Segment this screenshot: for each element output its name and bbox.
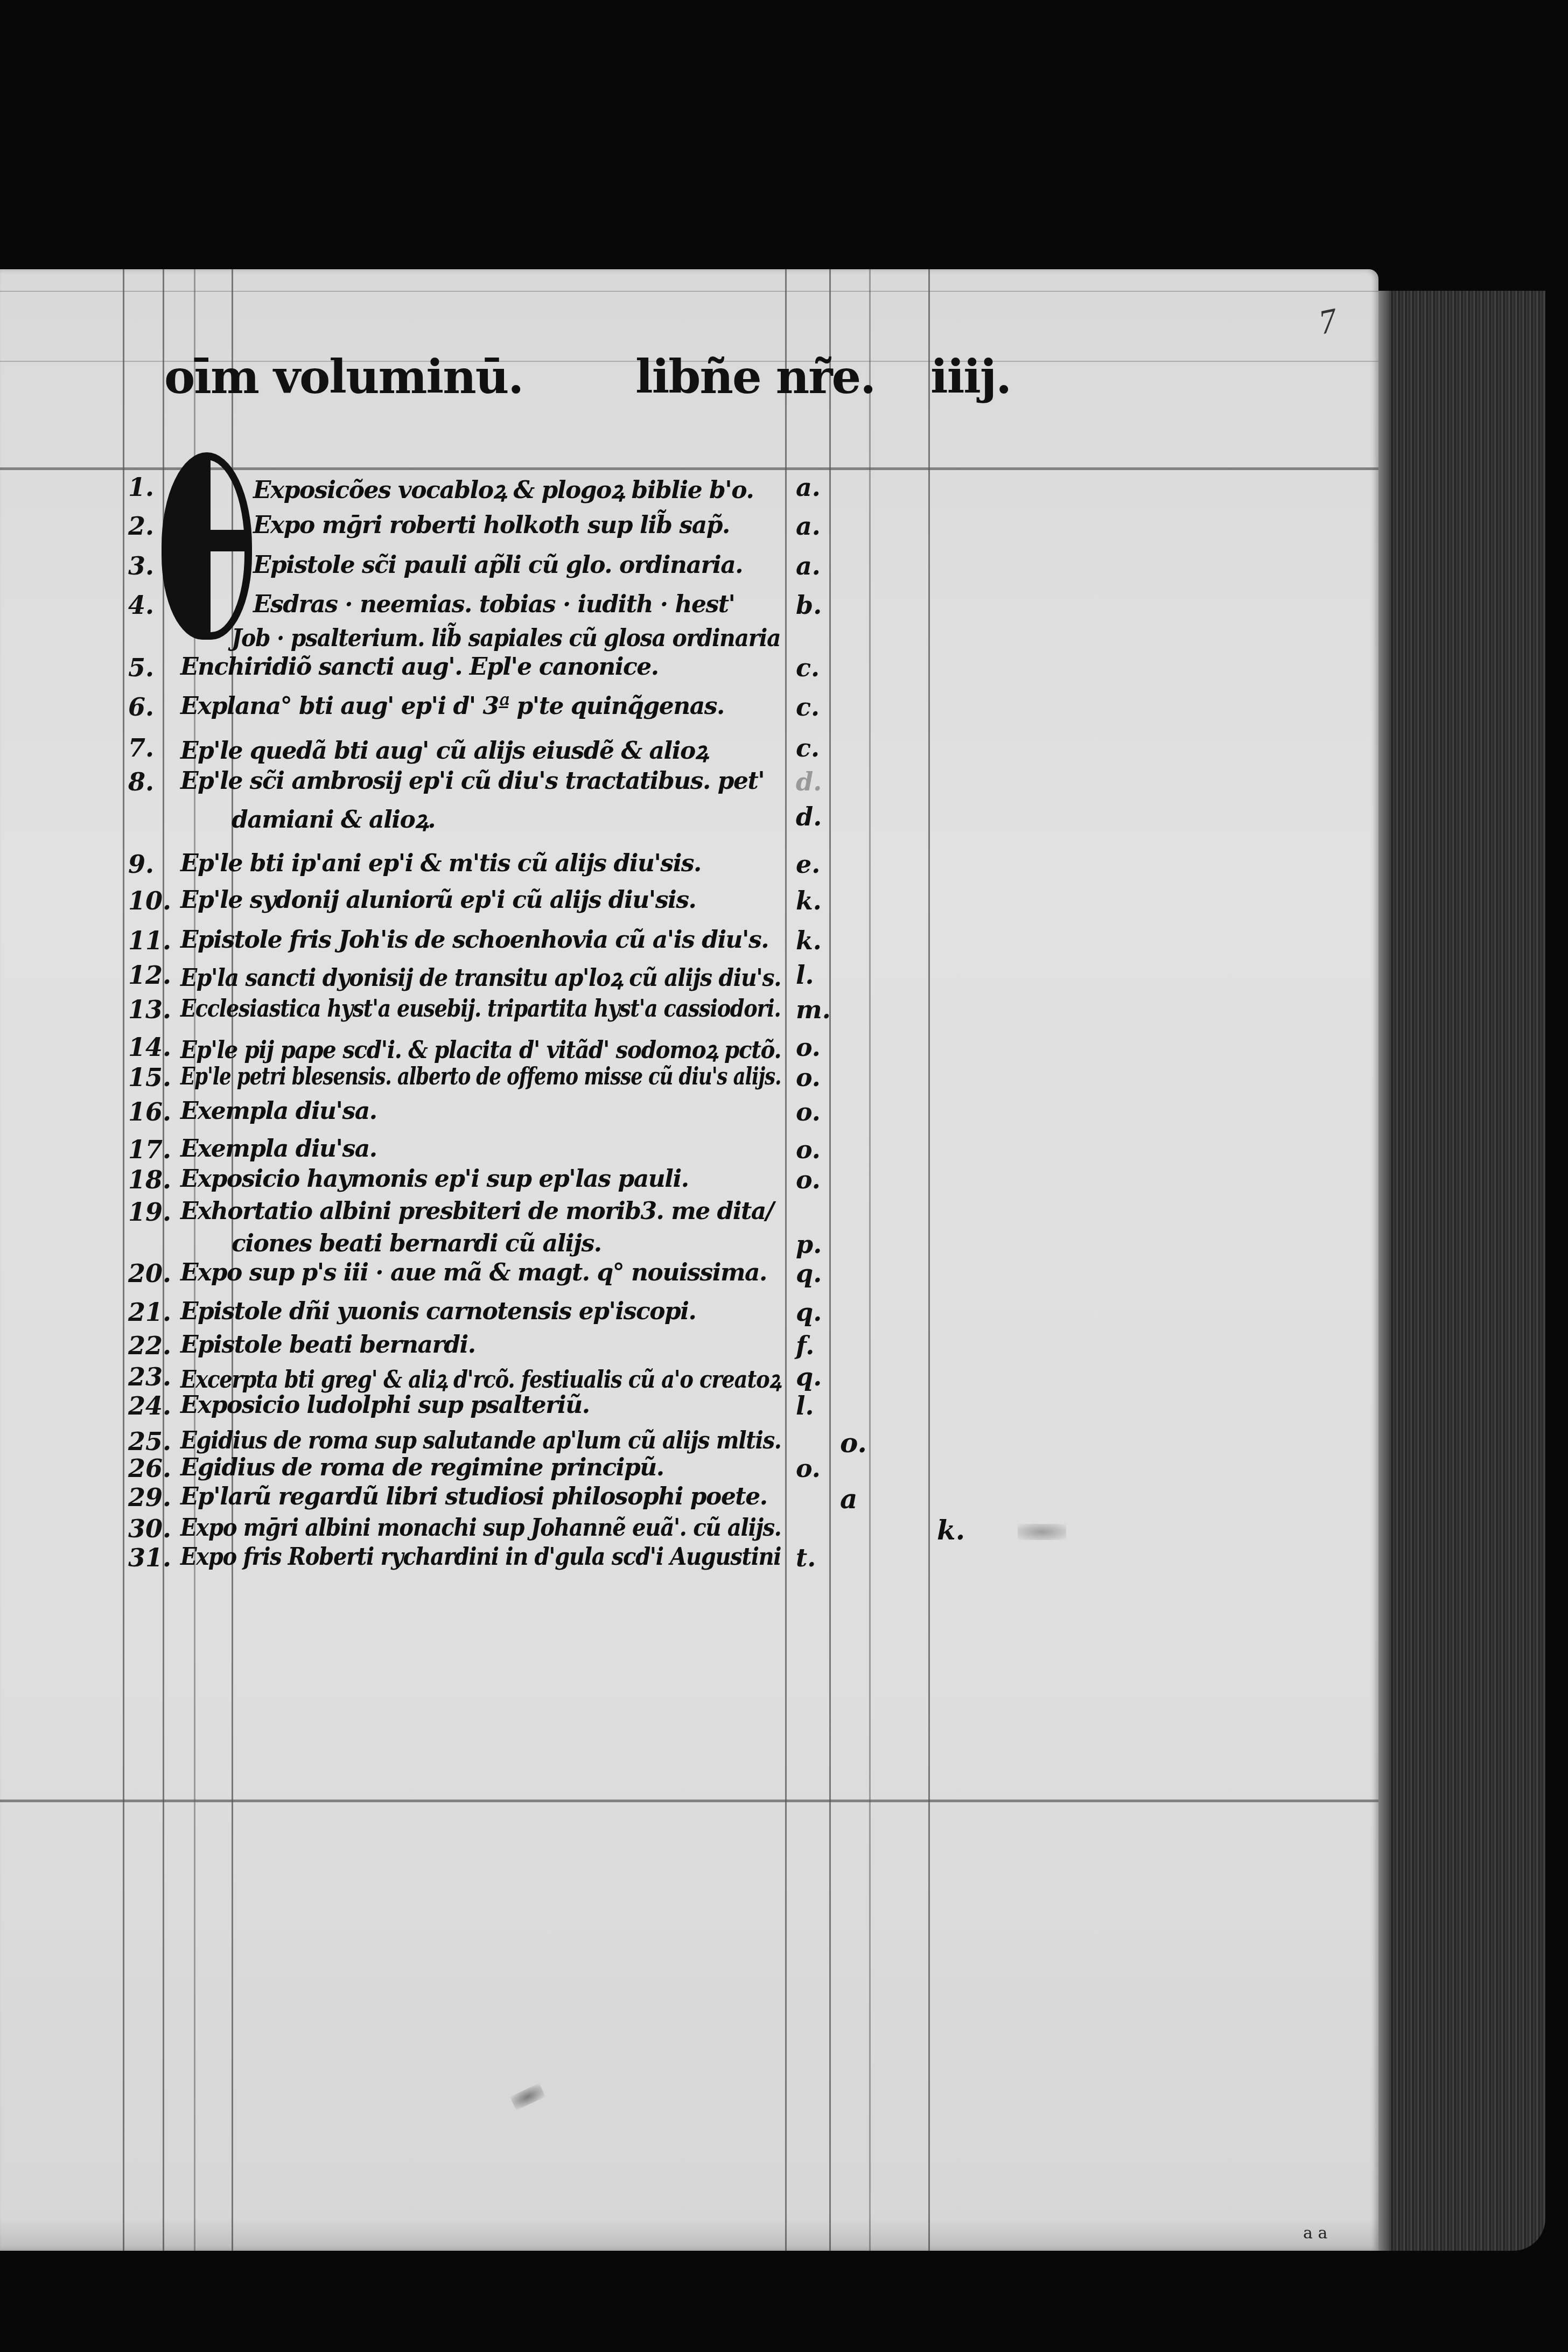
catalogue-entry: 30.Expo mḡri albini monachi sup Johannẽ … (0, 1514, 1378, 1546)
entry-number: 11. (128, 926, 171, 955)
catalogue-entry: 17.Exempla diu'sa.o. (0, 1135, 1378, 1167)
shelfmark: k. (796, 926, 822, 955)
shelfmark: a. (796, 512, 821, 541)
shelfmark: q. (796, 1362, 822, 1391)
entry-text: Job · psalterium. lib̃ sapiales cũ glosa… (232, 625, 780, 652)
shelfmark: t. (796, 1543, 816, 1572)
shelfmark: c. (796, 692, 820, 722)
entry-number: 6. (128, 692, 154, 722)
lower-rule (0, 1800, 1378, 1802)
catalogue-entry: ciones beati bernardi cũ alijs.p. (0, 1230, 1378, 1262)
entry-text: Enchiridiõ sancti aug'. Epl'e canonice. (180, 653, 659, 681)
entry-text: Epistole beati bernardi. (180, 1331, 475, 1359)
entry-text: Epistole dñi yuonis carnotensis ep'iscop… (180, 1298, 696, 1325)
shelfmark: d. (796, 767, 822, 796)
entry-number: 20. (128, 1259, 171, 1288)
bottom-mark: a a (1303, 2224, 1327, 2243)
entry-text: Ep'le bti ip'ani ep'i & m'tis cũ alijs d… (180, 850, 701, 877)
catalogue-entry: 11.Epistole fris Joh'is de schoenhovia c… (0, 926, 1378, 958)
catalogue-entry: 26.Egidius de roma de regimine principũ.… (0, 1454, 1378, 1486)
entry-number: 14. (128, 1033, 171, 1062)
catalogue-entry: 5.Enchiridiõ sancti aug'. Epl'e canonice… (0, 653, 1378, 685)
catalogue-entry: 23.Excerpta bti greg' & aliꝝ d'rcõ. fest… (0, 1362, 1378, 1395)
shelfmark: c. (796, 653, 820, 682)
entry-number: 31. (128, 1543, 171, 1572)
entry-number: 26. (128, 1454, 171, 1483)
entry-text: Expo sup p's iii · aue mã & magt. q° nou… (180, 1259, 767, 1286)
entry-text: Excerpta bti greg' & aliꝝ d'rcõ. festiua… (180, 1362, 781, 1395)
entry-number: 2. (128, 512, 154, 541)
entry-number: 22. (128, 1331, 171, 1360)
entry-text: Expo mḡri albini monachi sup Johannẽ euã… (180, 1514, 781, 1542)
entry-number: 15. (128, 1063, 171, 1092)
entry-number: 12. (128, 961, 171, 990)
entry-number: 17. (128, 1135, 171, 1164)
ink-smudge (1018, 1524, 1066, 1540)
book-fore-edge (1368, 291, 1545, 2251)
entry-text: Expo mḡri roberti holkoth sup lib̃ sap̃. (253, 512, 730, 539)
entry-number: 25. (128, 1427, 171, 1456)
header-left: oīm voluminū. (164, 350, 523, 404)
entry-text: Ecclesiastica hyst'a eusebij. tripartita… (180, 995, 781, 1023)
shelfmark-extra: k. (937, 1514, 965, 1546)
header-center: libñe nr̃e. (635, 350, 875, 404)
shelfmark: k. (796, 886, 822, 915)
entry-text: Exposicio ludolphi sup psalteriũ. (180, 1391, 590, 1419)
catalogue-entry: 22.Epistole beati bernardi.f. (0, 1331, 1378, 1363)
catalogue-entry: 8.Ep'le sc̃i ambrosij ep'i cũ diu's trac… (0, 767, 1378, 800)
catalogue-entry: 16.Exempla diu'sa.o. (0, 1097, 1378, 1130)
entry-text: ciones beati bernardi cũ alijs. (232, 1230, 601, 1257)
entry-text: Ep'larũ regardũ libri studiosi philosoph… (180, 1483, 767, 1510)
entry-text: Exhortatio albini presbiteri de morib3. … (180, 1198, 773, 1225)
entry-text: Explana° bti aug' ep'i d' 3ª p'te quinq̃… (180, 692, 724, 720)
entry-number: 5. (128, 653, 154, 682)
running-header: oīm voluminū. libñe nr̃e. iiij. (0, 350, 1378, 425)
catalogue-entry: 6.Explana° bti aug' ep'i d' 3ª p'te quin… (0, 692, 1378, 725)
shelfmark: e. (796, 850, 820, 879)
entry-text: Exposicio haymonis ep'i sup ep'las pauli… (180, 1165, 688, 1193)
shelfmark: o. (796, 1097, 821, 1126)
shelfmark: o. (796, 1063, 821, 1092)
entry-number: 3. (128, 551, 154, 580)
entry-number: 9. (128, 850, 154, 879)
entry-text: Exposicões vocabloꝝ & plogoꝝ biblie b'o. (253, 473, 753, 505)
entry-number: 16. (128, 1097, 171, 1126)
catalogue-entry: 3.Epistole sc̃i pauli ap̃li cũ glo. ordi… (0, 551, 1378, 584)
entry-text: Ep'la sancti dyonisij de transitu ap'loꝝ… (180, 961, 781, 993)
shelfmark: m. (796, 995, 831, 1024)
entry-text: Esdras · neemias. tobias · iudith · hest… (253, 591, 735, 618)
header-right: iiij. (930, 350, 1011, 404)
catalogue-entry: 1.Exposicões vocabloꝝ & plogoꝝ biblie b'… (0, 473, 1378, 505)
entry-number: 18. (128, 1165, 171, 1194)
catalogue-entry: 31.Expo fris Roberti rychardini in d'gul… (0, 1543, 1378, 1576)
catalogue-entry: 2.Expo mḡri roberti holkoth sup lib̃ sap… (0, 512, 1378, 544)
catalogue-entry: 13.Ecclesiastica hyst'a eusebij. tripart… (0, 995, 1378, 1027)
entry-text: Epistole fris Joh'is de schoenhovia cũ a… (180, 926, 768, 954)
shelfmark: o. (796, 1165, 821, 1194)
entry-number: 19. (128, 1198, 171, 1227)
entry-text: Exempla diu'sa. (180, 1097, 377, 1125)
shelfmark: o. (796, 1033, 821, 1062)
shelfmark-extra: a (840, 1483, 857, 1515)
ruling-line (0, 291, 1378, 292)
catalogue-entry: 15.Ep'le petri blesensis. alberto de off… (0, 1063, 1378, 1095)
shelfmark: q. (796, 1298, 822, 1327)
entry-text: Ep'le petri blesensis. alberto de offemo… (180, 1063, 781, 1090)
catalogue-entry: 24.Exposicio ludolphi sup psalteriũ.l. (0, 1391, 1378, 1424)
shelfmark: o. (796, 1135, 821, 1164)
catalogue-entry: 4.Esdras · neemias. tobias · iudith · he… (0, 591, 1378, 623)
entry-text: Epistole sc̃i pauli ap̃li cũ glo. ordina… (253, 551, 743, 579)
entry-number: 8. (128, 767, 154, 796)
entry-number: 10. (128, 886, 171, 915)
shelfmark: f. (796, 1331, 814, 1360)
catalogue-entry: 20.Expo sup p's iii · aue mã & magt. q° … (0, 1259, 1378, 1291)
entry-text: Ep'le pij pape scd'i. & placita d' vitãd… (180, 1033, 781, 1065)
shelfmark: l. (796, 1391, 814, 1420)
catalogue-entry: damiani & alioꝝ.d. (0, 802, 1378, 835)
entry-number: 1. (128, 473, 154, 502)
shelfmark: o. (796, 1454, 821, 1483)
entry-text: Ep'le quedã bti aug' cũ alijs eiusdẽ & a… (180, 733, 708, 766)
entry-number: 24. (128, 1391, 171, 1420)
catalogue-entry: 21.Epistole dñi yuonis carnotensis ep'is… (0, 1298, 1378, 1330)
entry-text: damiani & alioꝝ. (232, 802, 435, 835)
entry-text: Expo fris Roberti rychardini in d'gula s… (180, 1543, 781, 1571)
entry-text: Egidius de roma de regimine principũ. (180, 1454, 664, 1481)
entry-number: 13. (128, 995, 171, 1024)
entry-number: 21. (128, 1298, 171, 1327)
catalogue-entry: 14.Ep'le pij pape scd'i. & placita d' vi… (0, 1033, 1378, 1065)
catalogue-entry: 7.Ep'le quedã bti aug' cũ alijs eiusdẽ &… (0, 733, 1378, 766)
entry-text: Egidius de roma sup salutande ap'lum cũ … (180, 1427, 781, 1454)
entry-text: Exempla diu'sa. (180, 1135, 377, 1163)
entry-number: 23. (128, 1362, 171, 1391)
catalogue-entry: 9.Ep'le bti ip'ani ep'i & m'tis cũ alijs… (0, 850, 1378, 882)
catalogue-entry: 10.Ep'le sydonij aluniorũ ep'i cũ alijs … (0, 886, 1378, 919)
shelfmark: p. (796, 1230, 822, 1259)
catalogue-entry: Job · psalterium. lib̃ sapiales cũ glosa… (0, 625, 1378, 657)
entry-number: 7. (128, 733, 154, 762)
catalogue-entry: 12.Ep'la sancti dyonisij de transitu ap'… (0, 961, 1378, 993)
catalogue-entry: 19.Exhortatio albini presbiteri de morib… (0, 1198, 1378, 1230)
entry-number: 4. (128, 591, 154, 620)
shelfmark: l. (796, 961, 814, 990)
entry-text: Ep'le sc̃i ambrosij ep'i cũ diu's tracta… (180, 767, 764, 795)
entry-text: Ep'le sydonij aluniorũ ep'i cũ alijs diu… (180, 886, 696, 914)
catalogue-entry: 29.Ep'larũ regardũ libri studiosi philos… (0, 1483, 1378, 1515)
shelfmark: a. (796, 551, 821, 580)
shelfmark: q. (796, 1259, 822, 1288)
shelfmark: a. (796, 473, 821, 502)
shelfmark: d. (796, 802, 822, 831)
catalogue-entry: 18.Exposicio haymonis ep'i sup ep'las pa… (0, 1165, 1378, 1198)
entry-number: 29. (128, 1483, 171, 1512)
entry-number: 30. (128, 1514, 171, 1543)
shelfmark: b. (796, 591, 822, 620)
shelfmark: c. (796, 733, 820, 762)
